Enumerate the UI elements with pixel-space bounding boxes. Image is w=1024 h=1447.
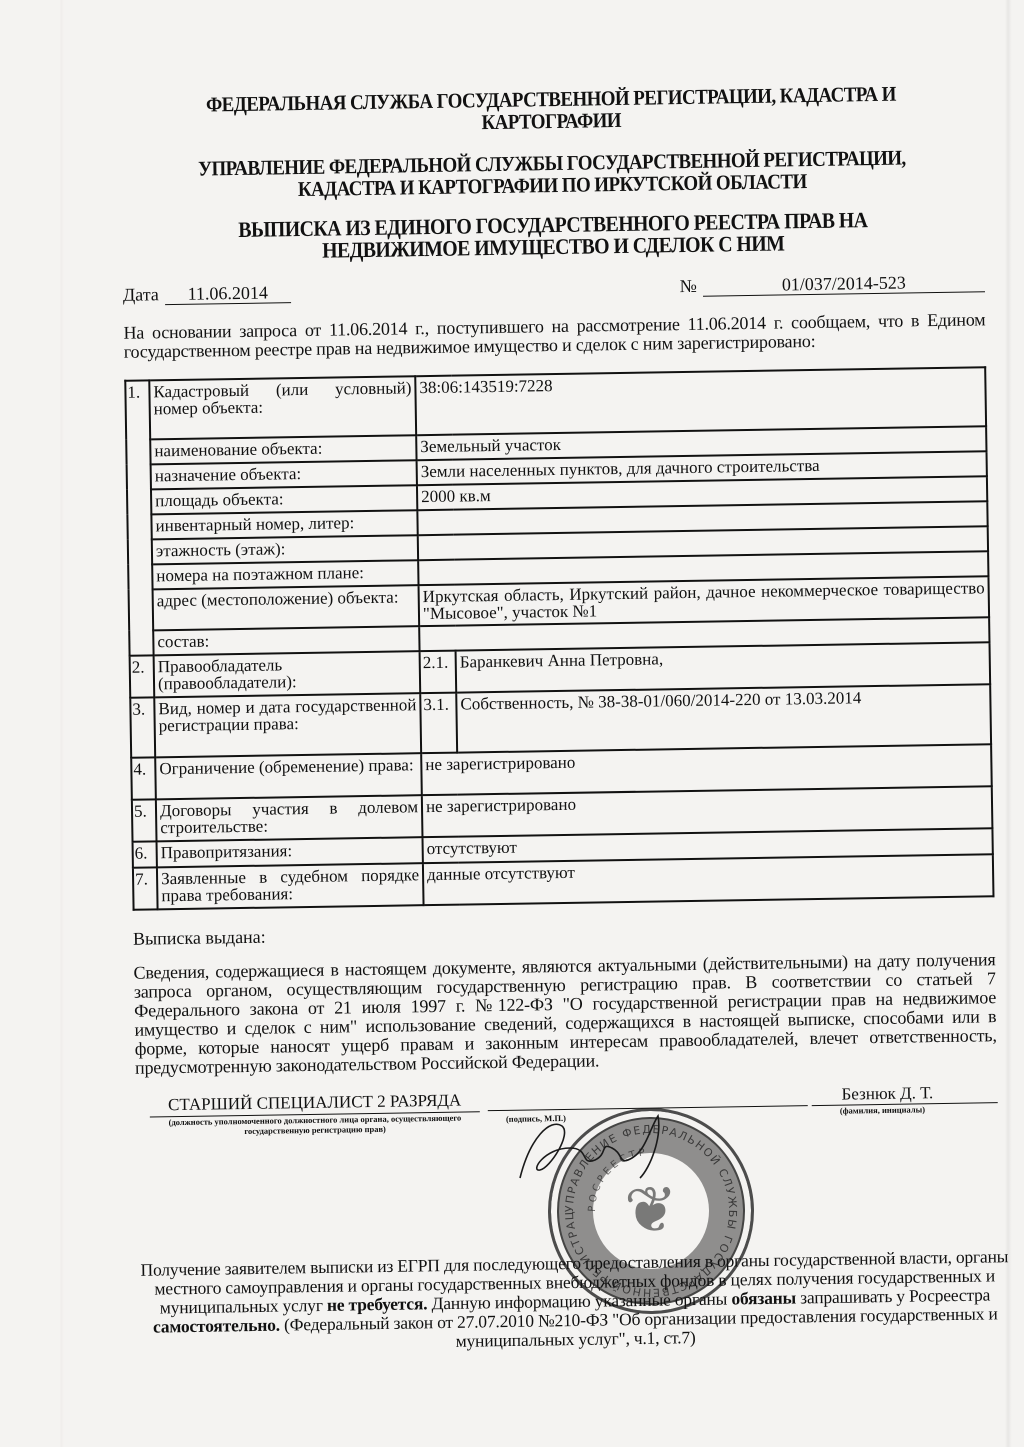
official-position: СТАРШИЙ СПЕЦИАЛИСТ 2 РАЗРЯДА (должность … (150, 1090, 481, 1137)
date-label: Дата (123, 284, 159, 306)
cadastral-label: Кадастровый (или условный) номер объекта… (149, 376, 416, 439)
meta-row: Дата 11.06.2014 № 01/037/2014-523 (123, 271, 985, 306)
cadastral-value: 38:06:143519:7228 (415, 367, 986, 435)
official-name: Безнюк Д. Т. (811, 1082, 997, 1106)
date-value: 11.06.2014 (165, 282, 291, 305)
name-caption: (фамилия, инициалы) (812, 1103, 998, 1116)
shared-construction-label: Договоры участия в долевом строительстве… (156, 795, 423, 841)
position-caption: (должность уполномоченного должностного … (150, 1112, 480, 1137)
row-number: 3. (130, 697, 155, 757)
registry-table: 1. Кадастровый (или условный) номер объе… (124, 366, 994, 910)
document-title: ВЫПИСКА ИЗ ЕДИНОГО ГОСУДАРСТВЕННОГО РЕЕС… (165, 208, 941, 264)
court-claims-value: данные отсутствуют (423, 854, 994, 905)
document-page: ФЕДЕРАЛЬНАЯ СЛУЖБА ГОСУДАРСТВЕННОЙ РЕГИС… (120, 73, 999, 1155)
number-value: 01/037/2014-523 (703, 271, 985, 296)
footer-bold-3: самостоятельно. (153, 1315, 280, 1337)
holder-sub-number: 2.1. (420, 651, 457, 694)
agency-header: ФЕДЕРАЛЬНАЯ СЛУЖБА ГОСУДАРСТВЕННОЙ РЕГИС… (163, 82, 939, 138)
footer-notice: Получение заявителем выписки из ЕГРП для… (139, 1247, 1010, 1356)
legal-notice: Сведения, содержащиеся в настоящем докум… (133, 950, 997, 1078)
number-field: № 01/037/2014-523 (680, 271, 985, 297)
registration-sub-number: 3.1. (420, 693, 457, 754)
official-name-block: Безнюк Д. Т. (фамилия, инициалы) (811, 1082, 997, 1116)
footer-bold-2: обязаны (731, 1288, 796, 1309)
number-label: № (680, 276, 698, 297)
court-claims-label: Заявленные в судебном порядке права треб… (157, 863, 424, 909)
intro-paragraph: На основании запроса от 11.06.2014 г., п… (123, 310, 985, 362)
row-number: 4. (131, 757, 156, 799)
row-number: 5. (132, 799, 157, 841)
row-number: 7. (133, 867, 158, 909)
row-number: 6. (133, 841, 157, 867)
registration-value: Собственность, № 38-38-01/060/2014-220 о… (456, 684, 991, 752)
holder-label: Правообладатель (правообладатели): (154, 651, 421, 697)
row-number: 2. (130, 655, 155, 697)
address-label: адрес (местоположение) объекта: (153, 585, 420, 630)
registration-label: Вид, номер и дата государственной регист… (154, 693, 421, 757)
encumbrance-label: Ограничение (обременение) права: (155, 753, 422, 799)
issued-to-label: Выписка выдана: (133, 915, 995, 950)
department-header: УПРАВЛЕНИЕ ФЕДЕРАЛЬНОЙ СЛУЖБЫ ГОСУДАРСТВ… (164, 146, 940, 202)
handwritten-signature-icon (500, 1108, 680, 1188)
date-field: Дата 11.06.2014 (123, 282, 291, 306)
